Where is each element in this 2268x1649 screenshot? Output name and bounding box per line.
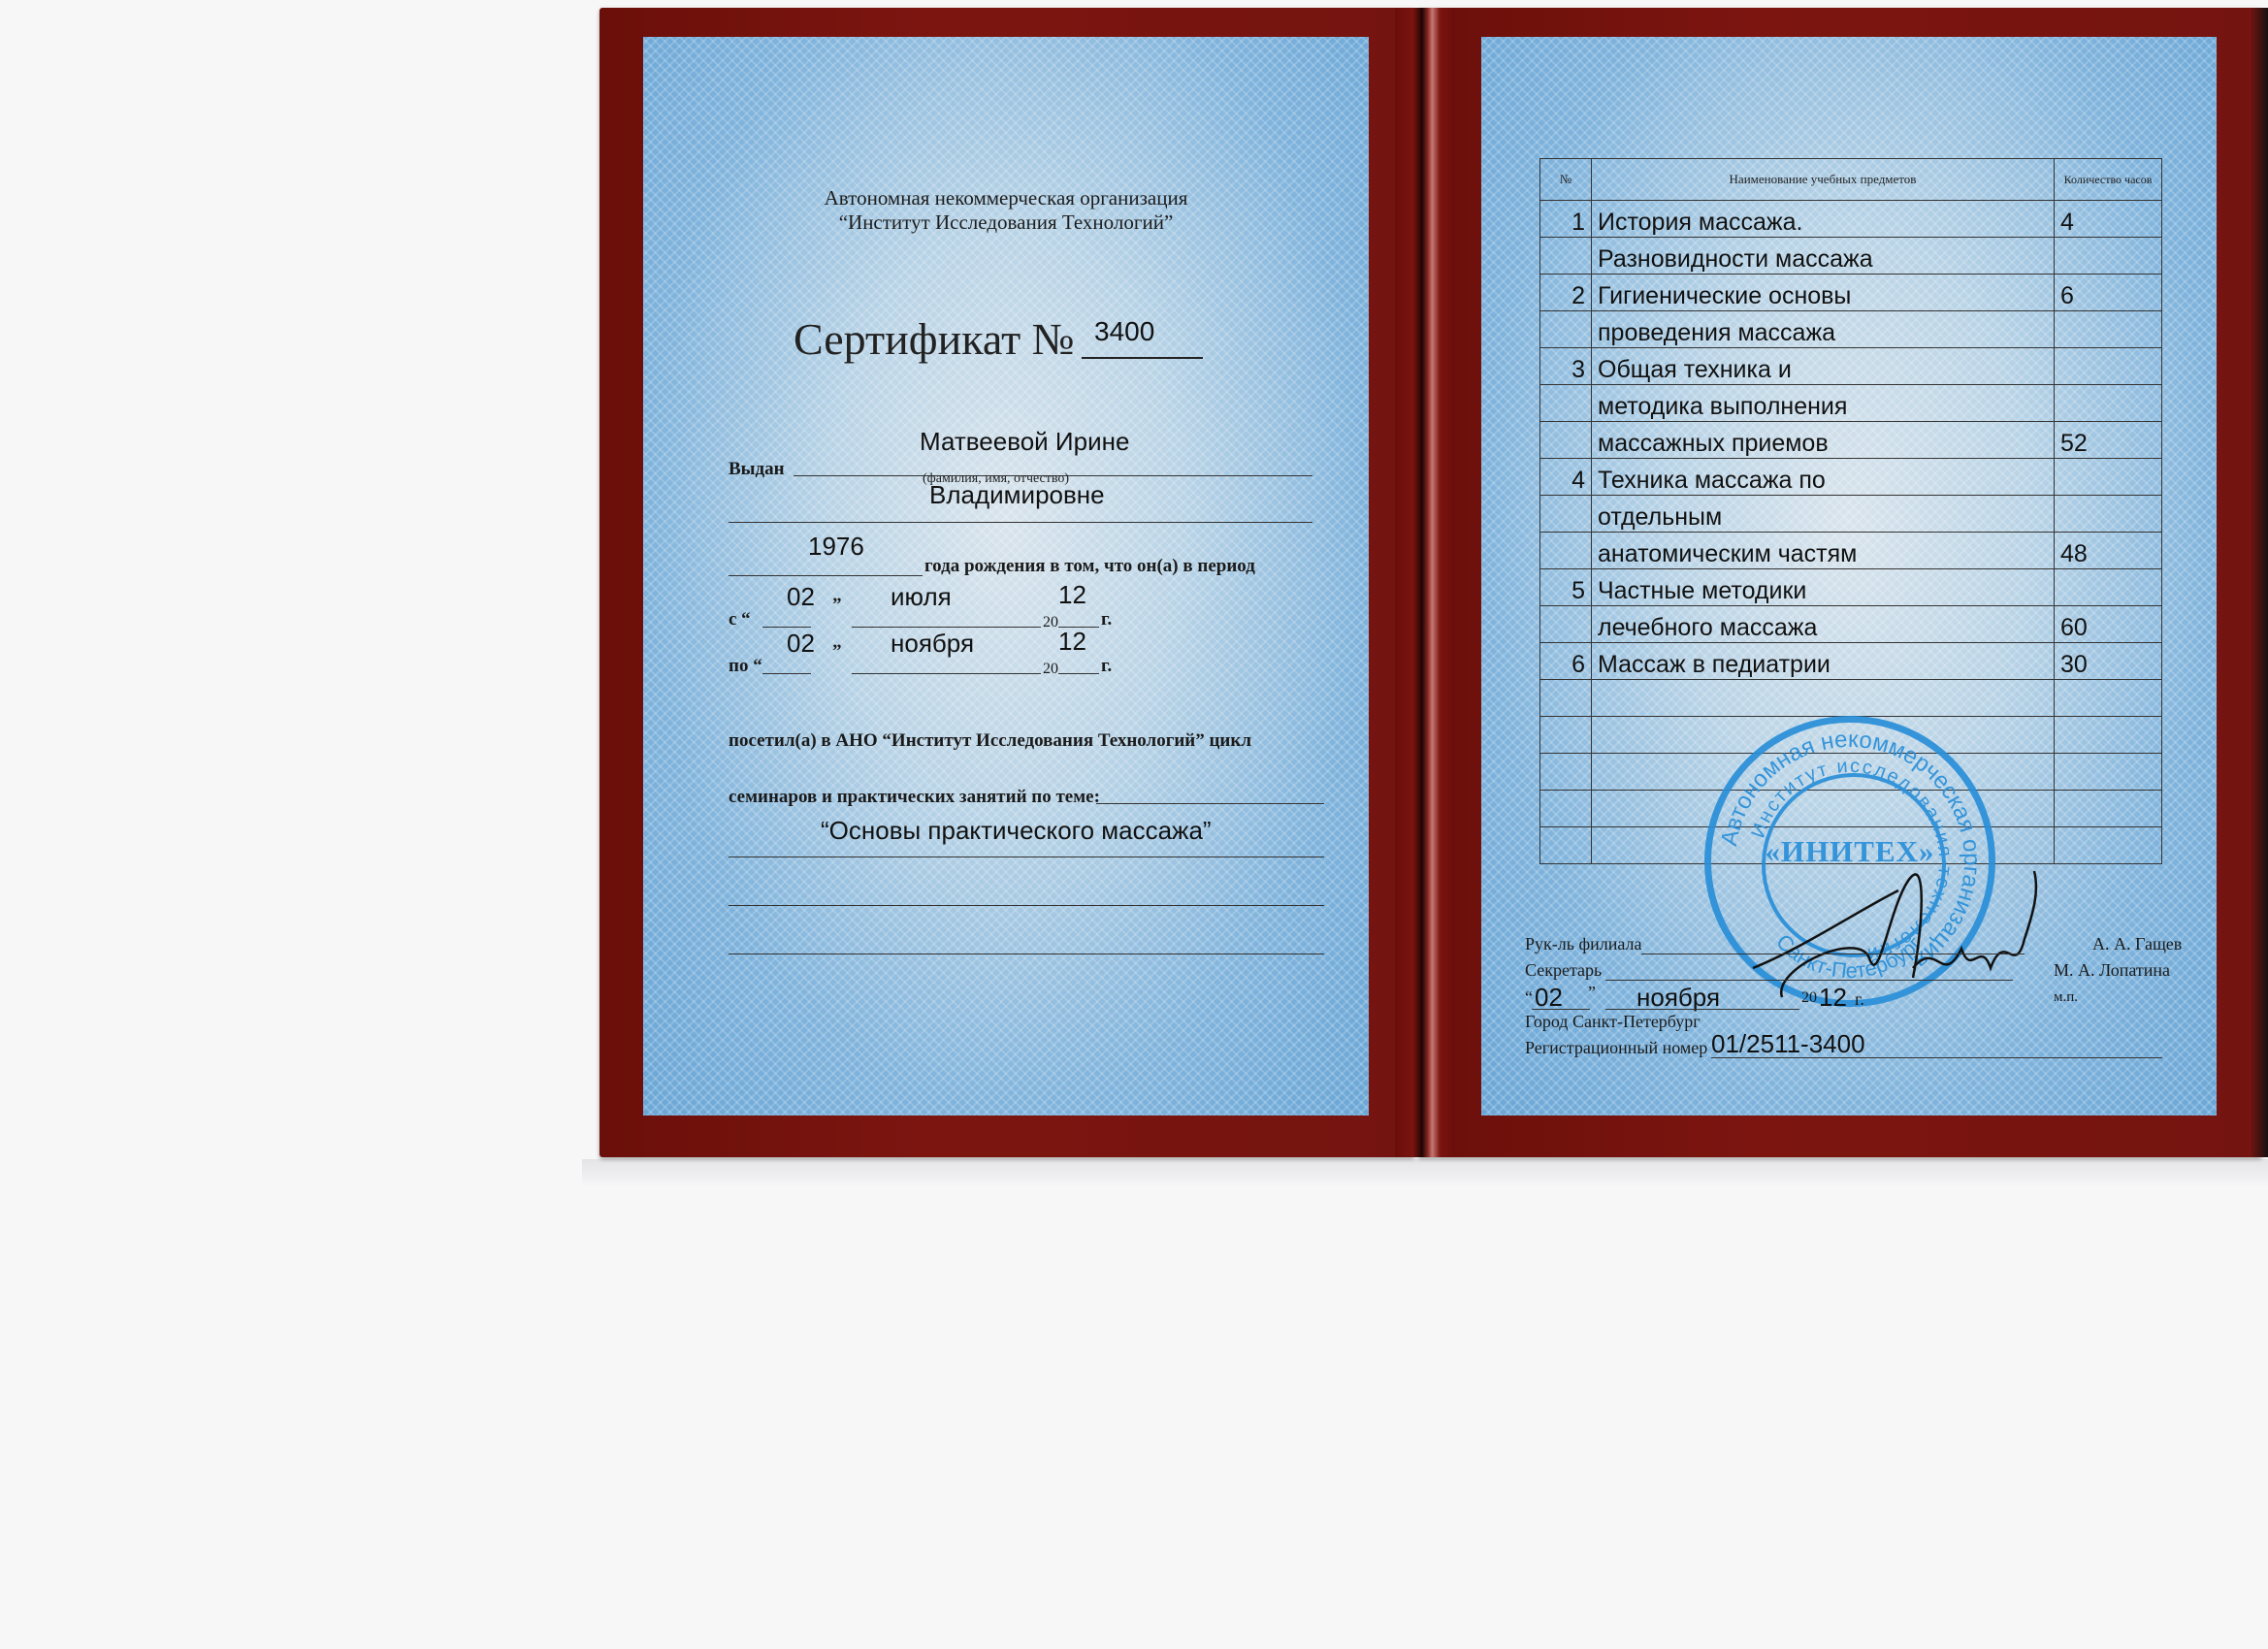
secretary-signature-line bbox=[1605, 980, 2013, 981]
topic-line-2 bbox=[729, 905, 1324, 906]
issue-year: 12 bbox=[1819, 983, 1847, 1013]
row-hours: 4 bbox=[2055, 201, 2162, 238]
secretary-name: М. А. Лопатина bbox=[2054, 960, 2170, 981]
row-subject: Гигиенические основы bbox=[1592, 275, 2055, 311]
header-hours: Количество часов bbox=[2055, 159, 2162, 201]
row-hours bbox=[2055, 238, 2162, 275]
row-hours bbox=[2055, 348, 2162, 385]
row-subject: анатомическим частям bbox=[1592, 533, 2055, 569]
to-month-line bbox=[852, 673, 1041, 674]
cover-spine bbox=[1395, 8, 1455, 1157]
row-number bbox=[1540, 717, 1592, 754]
row-number bbox=[1540, 827, 1592, 864]
row-number bbox=[1540, 238, 1592, 275]
row-hours: 48 bbox=[2055, 533, 2162, 569]
birth-year-line bbox=[729, 575, 923, 576]
scan-shadow bbox=[582, 1159, 2268, 1188]
birth-text: года рождения в том, что он(а) в период bbox=[924, 556, 1255, 577]
table-header-row: № Наименование учебных предметов Количес… bbox=[1540, 159, 2162, 201]
row-hours: 30 bbox=[2055, 643, 2162, 680]
row-subject: Частные методики bbox=[1592, 569, 2055, 606]
registration-label: Регистрационный номер bbox=[1525, 1038, 1707, 1058]
table-row: лечебного массажа60 bbox=[1540, 606, 2162, 643]
certificate-back-page: № Наименование учебных предметов Количес… bbox=[1481, 37, 2217, 1115]
row-subject: массажных приемов bbox=[1592, 422, 2055, 459]
from-day-line bbox=[762, 627, 811, 628]
full-name-line-2: Владимировне bbox=[929, 480, 1105, 510]
row-number: 1 bbox=[1540, 201, 1592, 238]
issue-year-suffix: г. bbox=[1855, 989, 1864, 1010]
from-day: 02 bbox=[787, 582, 815, 612]
row-number: 2 bbox=[1540, 275, 1592, 311]
secretary-label: Секретарь bbox=[1525, 960, 1602, 981]
to-year-suffix: г. bbox=[1101, 656, 1112, 677]
row-hours: 60 bbox=[2055, 606, 2162, 643]
city-label: Город Санкт-Петербург bbox=[1525, 1012, 1701, 1032]
head-label: Рук-ль филиала bbox=[1525, 934, 1641, 954]
to-year-prefix: 20 bbox=[1043, 661, 1058, 678]
organization-header: Автономная некоммерческая организация “И… bbox=[643, 186, 1369, 235]
table-row: Разновидности массажа bbox=[1540, 238, 2162, 275]
from-month-line bbox=[852, 627, 1041, 628]
row-number bbox=[1540, 311, 1592, 348]
header-number: № bbox=[1540, 159, 1592, 201]
to-label: по “ bbox=[729, 656, 762, 677]
from-label: с “ bbox=[729, 609, 751, 630]
table-row: отдельным bbox=[1540, 496, 2162, 533]
row-number bbox=[1540, 680, 1592, 717]
header-subject: Наименование учебных предметов bbox=[1592, 159, 2055, 201]
table-row bbox=[1540, 680, 2162, 717]
head-signature-line bbox=[1641, 954, 2025, 954]
row-number bbox=[1540, 754, 1592, 791]
from-month: июля bbox=[891, 582, 952, 612]
organization-line-1: Автономная некоммерческая организация bbox=[643, 186, 1369, 210]
row-hours: 52 bbox=[2055, 422, 2162, 459]
row-subject: История массажа. bbox=[1592, 201, 2055, 238]
attended-text: посетил(а) в АНО “Институт Исследования … bbox=[729, 730, 1251, 752]
row-number: 5 bbox=[1540, 569, 1592, 606]
to-month: ноября bbox=[891, 629, 974, 659]
issued-label: Выдан bbox=[729, 459, 785, 480]
row-hours bbox=[2055, 717, 2162, 754]
row-hours bbox=[2055, 459, 2162, 496]
table-row: 6Массаж в педиатрии30 bbox=[1540, 643, 2162, 680]
row-number: 3 bbox=[1540, 348, 1592, 385]
row-subject: Общая техника и bbox=[1592, 348, 2055, 385]
issue-day-line bbox=[1532, 1009, 1590, 1010]
to-day-line bbox=[762, 673, 811, 674]
row-subject: лечебного массажа bbox=[1592, 606, 2055, 643]
certificate-number-line bbox=[1082, 357, 1203, 359]
row-number bbox=[1540, 791, 1592, 827]
row-number bbox=[1540, 606, 1592, 643]
table-row: методика выполнения bbox=[1540, 385, 2162, 422]
registration-line bbox=[1711, 1057, 2162, 1058]
row-hours bbox=[2055, 311, 2162, 348]
table-row: анатомическим частям48 bbox=[1540, 533, 2162, 569]
to-year-line bbox=[1058, 673, 1099, 674]
issue-year-prefix: 20 bbox=[1801, 989, 1817, 1007]
organization-line-2: “Институт Исследования Технологий” bbox=[643, 210, 1369, 235]
row-subject: методика выполнения bbox=[1592, 385, 2055, 422]
table-row: проведения массажа bbox=[1540, 311, 2162, 348]
row-subject: Разновидности массажа bbox=[1592, 238, 2055, 275]
from-year-prefix: 20 bbox=[1043, 614, 1058, 631]
row-subject: Массаж в педиатрии bbox=[1592, 643, 2055, 680]
full-name-line-1: Матвеевой Ирине bbox=[920, 427, 1129, 457]
seal-place-label: м.п. bbox=[2054, 989, 2078, 1006]
row-hours bbox=[2055, 385, 2162, 422]
row-hours bbox=[2055, 680, 2162, 717]
to-close-quote: ” bbox=[832, 641, 842, 663]
row-number bbox=[1540, 385, 1592, 422]
row-hours bbox=[2055, 569, 2162, 606]
row-hours bbox=[2055, 791, 2162, 827]
table-row: 5Частные методики bbox=[1540, 569, 2162, 606]
certificate-title: Сертификат № bbox=[794, 313, 1075, 365]
issue-month-line bbox=[1605, 1009, 1799, 1010]
row-number bbox=[1540, 422, 1592, 459]
row-number: 6 bbox=[1540, 643, 1592, 680]
row-hours bbox=[2055, 754, 2162, 791]
registration-number: 01/2511-3400 bbox=[1711, 1029, 1865, 1059]
course-topic: “Основы практического массажа” bbox=[821, 816, 1212, 846]
row-subject: Техника массажа по bbox=[1592, 459, 2055, 496]
from-year-suffix: г. bbox=[1101, 609, 1112, 630]
row-number bbox=[1540, 533, 1592, 569]
table-row: 3Общая техника и bbox=[1540, 348, 2162, 385]
to-day: 02 bbox=[787, 629, 815, 659]
row-number: 4 bbox=[1540, 459, 1592, 496]
row-subject: проведения массажа bbox=[1592, 311, 2055, 348]
topic-line-3 bbox=[729, 954, 1324, 954]
certificate-front-page: Автономная некоммерческая организация “И… bbox=[643, 37, 1369, 1115]
from-year: 12 bbox=[1058, 580, 1086, 610]
row-subject bbox=[1592, 680, 2055, 717]
row-number bbox=[1540, 496, 1592, 533]
topic-label-line bbox=[1096, 803, 1324, 804]
name-line-2 bbox=[729, 522, 1312, 523]
birth-year: 1976 bbox=[808, 532, 864, 562]
row-hours bbox=[2055, 496, 2162, 533]
table-row: массажных приемов52 bbox=[1540, 422, 2162, 459]
from-close-quote: ” bbox=[832, 595, 842, 616]
signature-icon bbox=[1743, 852, 2092, 1007]
row-hours: 6 bbox=[2055, 275, 2162, 311]
to-year: 12 bbox=[1058, 627, 1086, 657]
table-row: 2Гигиенические основы6 bbox=[1540, 275, 2162, 311]
head-name: А. А. Гащев bbox=[2092, 934, 2182, 954]
table-row: 4Техника массажа по bbox=[1540, 459, 2162, 496]
row-subject: отдельным bbox=[1592, 496, 2055, 533]
cover-right-edge bbox=[2249, 8, 2268, 1157]
topic-line-1 bbox=[729, 857, 1324, 857]
date-close-quote: ” bbox=[1588, 983, 1596, 1003]
table-row: 1История массажа.4 bbox=[1540, 201, 2162, 238]
date-open-quote: “ bbox=[1525, 987, 1533, 1008]
topic-label: семинаров и практических занятий по теме… bbox=[729, 787, 1100, 808]
certificate-number: 3400 bbox=[1094, 316, 1154, 347]
